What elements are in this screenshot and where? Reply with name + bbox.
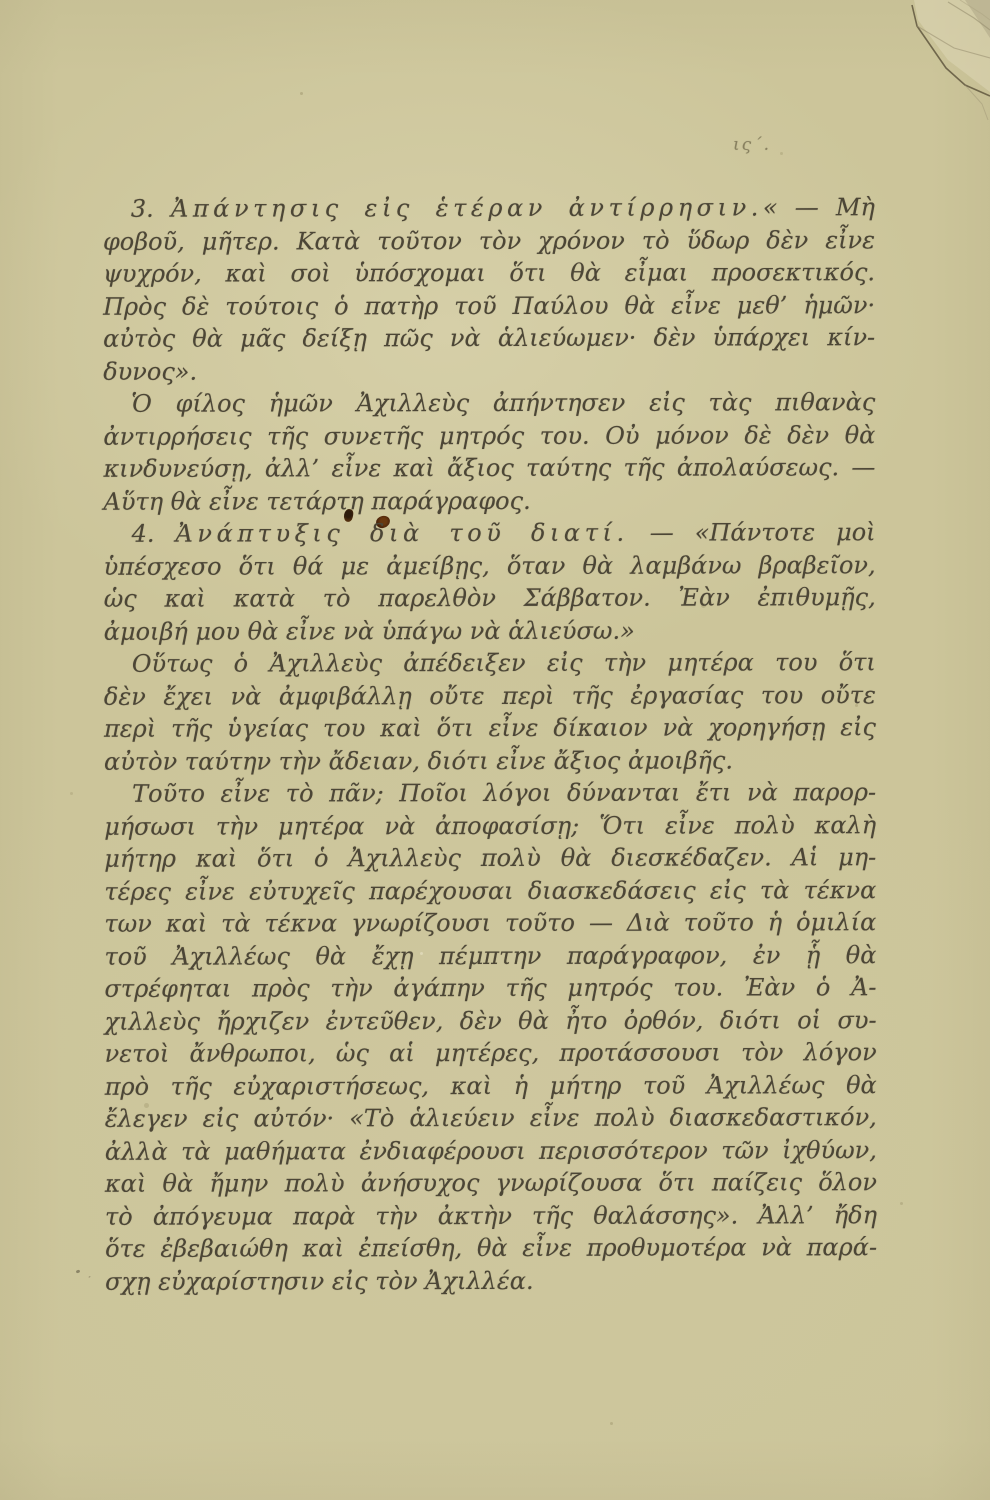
text-line: στρέφηται πρὸς τὴν ἀγάπην τῆς μητρός του… bbox=[104, 971, 876, 1005]
text-line: περὶ τῆς ὑγείας του καὶ ὅτι εἶνε δίκαιον… bbox=[104, 711, 876, 745]
text-line: τὸ ἀπόγευμα παρὰ τὴν ἀκτὴν τῆς θαλάσσης»… bbox=[105, 1199, 877, 1233]
text-line: αὐτὸν ταύτην τὴν ἄδειαν, διότι εἶνε ἄξιο… bbox=[104, 744, 876, 778]
page-text: 3. Ἀπάντησις εἰς ἑτέραν ἀντίρρησιν.« — Μ… bbox=[103, 191, 877, 1298]
text-line: Πρὸς δὲ τούτοις ὁ πατὴρ τοῦ Παύλου θὰ εἶ… bbox=[103, 289, 875, 323]
text-line: Ὁ φίλος ἡμῶν Ἀχιλλεὺς ἀπήντησεν εἰς τὰς … bbox=[103, 386, 875, 420]
text-line: ἀντιρρήσεις τῆς συνετῆς μητρός του. Οὐ μ… bbox=[103, 419, 875, 453]
text-line: Αὕτη θὰ εἶνε τετάρτη παράγραφος. bbox=[103, 484, 875, 518]
text-line: ἀλλὰ τὰ μαθήματα ἐνδιαφέρουσι περισσότερ… bbox=[105, 1134, 877, 1168]
text-line: καὶ θὰ ἤμην πολὺ ἀνήσυχος γνωρίζουσα ὅτι… bbox=[105, 1166, 877, 1200]
text-line: αὐτὸς θὰ μᾶς δείξῃ πῶς νὰ ἁλιεύωμεν· δὲν… bbox=[103, 321, 875, 355]
text-line: δυνος». bbox=[103, 354, 875, 388]
page-corner-crease bbox=[870, 0, 990, 130]
text-line: ὡς καὶ κατὰ τὸ παρελθὸν Σάββατον. Ἐὰν ἐπ… bbox=[104, 581, 876, 615]
text-line: ἀμοιβή μου θὰ εἶνε νὰ ὑπάγω νὰ ἁλιεύσω.» bbox=[104, 614, 876, 648]
text-line: δὲν ἔχει νὰ ἀμφιβάλλῃ οὔτε περὶ τῆς ἐργα… bbox=[104, 679, 876, 713]
section-heading-line: 4. Ἀνάπτυξις διὰ τοῦ διατί. — «Πάντοτε μ… bbox=[104, 516, 876, 550]
text-line: τοῦ Ἀχιλλέως θὰ ἔχῃ πέμπτην παράγραφον, … bbox=[104, 939, 876, 973]
text-line: Οὕτως ὁ Ἀχιλλεὺς ἀπέδειξεν εἰς τὴν μητέρ… bbox=[104, 646, 876, 680]
text-line: κινδυνεύσῃ, ἀλλ’ εἶνε καὶ ἄξιος ταύτης τ… bbox=[103, 451, 875, 485]
text-line: μήσωσι τὴν μητέρα νὰ ἀποφασίσῃ; Ὅτι εἶνε… bbox=[104, 809, 876, 843]
paper-speckles bbox=[300, 92, 303, 95]
text-line: ὅτε ἐβεβαιώθη καὶ ἐπείσθη, θὰ εἶνε προθυ… bbox=[105, 1231, 877, 1265]
text-line: ψυχρόν, καὶ σοὶ ὑπόσχομαι ὅτι θὰ εἶμαι π… bbox=[103, 256, 875, 290]
text-line: ἔλεγεν εἰς αὐτόν· «Τὸ ἁλιεύειν εἶνε πολὺ… bbox=[105, 1101, 877, 1135]
text-line: σχῃ εὐχαρίστησιν εἰς τὸν Ἀχιλλέα. bbox=[105, 1264, 877, 1298]
page-number: ις΄. bbox=[733, 135, 793, 155]
text-line: τέρες εἶνε εὐτυχεῖς παρέχουσαι διασκεδάσ… bbox=[104, 874, 876, 908]
text-line: πρὸ τῆς εὐχαριστήσεως, καὶ ἡ μήτηρ τοῦ Ἀ… bbox=[105, 1069, 877, 1103]
text-line: ὑπέσχεσο ὅτι θά με ἀμείβῃς, ὅταν θὰ λαμβ… bbox=[104, 549, 876, 583]
text-line: Τοῦτο εἶνε τὸ πᾶν; Ποῖοι λόγοι δύνανται … bbox=[104, 776, 876, 810]
margin-pencil-marks bbox=[76, 1269, 81, 1273]
text-line: μήτηρ καὶ ὅτι ὁ Ἀχιλλεὺς πολὺ θὰ διεσκέδ… bbox=[104, 841, 876, 875]
text-line: των καὶ τὰ τέκνα γνωρίζουσι τοῦτο — Διὰ … bbox=[104, 906, 876, 940]
text-line: χιλλεὺς ἤρχιζεν ἐντεῦθεν, δὲν θὰ ἦτο ὀρθ… bbox=[105, 1004, 877, 1038]
section-heading-line: 3. Ἀπάντησις εἰς ἑτέραν ἀντίρρησιν.« — Μ… bbox=[103, 191, 875, 225]
text-line: νετοὶ ἄνθρωποι, ὡς αἱ μητέρες, προτάσσου… bbox=[105, 1036, 877, 1070]
scanned-book-page: ις΄. 3. Ἀπάντησις εἰς ἑτέραν ἀντίρρησιν.… bbox=[0, 0, 990, 1500]
text-line: φοβοῦ, μῆτερ. Κατὰ τοῦτον τὸν χρόνον τὸ … bbox=[103, 224, 875, 258]
